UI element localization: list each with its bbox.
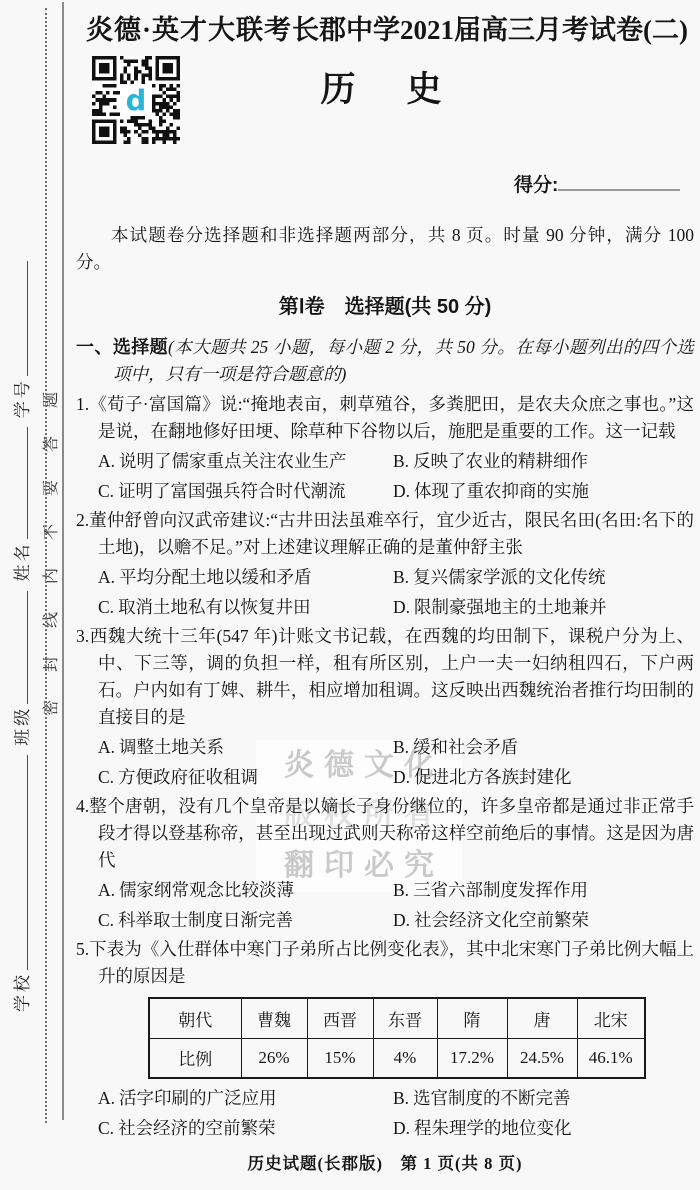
name-blank-line [14,428,28,540]
exam-instructions: 本试题卷分选择题和非选择题两部分，共 8 页。时量 90 分钟，满分 100 分… [76,222,694,276]
option-d: D.体现了重农抑商的实施 [393,478,694,504]
option-d: D.程朱理学的地位变化 [393,1115,694,1141]
option-d: D.限制豪强地主的土地兼并 [393,594,694,620]
table-cell: 17.2% [437,1038,507,1078]
number-blank-line [14,261,28,376]
question-number: 2. [76,510,89,530]
subject-title: 历 史 [76,62,694,112]
field-label-school: 学校 [13,972,32,1012]
score-label: 得分: [514,175,558,196]
table-cell: 15% [307,1038,373,1078]
option-c: C.社会经济的空前繁荣 [98,1115,393,1141]
option-c: C.证明了富国强兵符合时代潮流 [98,478,393,504]
part1-label: 一、选择题 [76,337,168,357]
question-5: 5.下表为《入仕群体中寒门子弟所占比例变化表》，其中北宋寒门子弟比例大幅上升的原… [76,936,694,1141]
score-blank-line [558,175,680,191]
option-c: C.科举取士制度日渐完善 [98,907,393,933]
field-label-name: 姓名 [13,542,32,582]
table-cell: 26% [241,1038,307,1078]
option-b: B.缓和社会矛盾 [393,734,694,760]
question-options: A.儒家纲常观念比较淡薄 B.三省六部制度发挥作用 C.科举取士制度日渐完善 D… [76,877,694,933]
question-stem: 整个唐朝，没有几个皇帝是以嫡长子身份继位的，许多皇帝都是通过非正常手段才得以登基… [89,796,694,870]
school-blank-line [14,755,28,970]
question-options: A.调整土地关系 B.缓和社会矛盾 C.方便政府征收租调 D.促进北方各族封建化 [76,734,694,790]
part1-heading: 一、选择题(本大题共 25 小题，每小题 2 分，共 50 分。在每小题列出的四… [76,334,694,388]
table-cell: 隋 [437,998,507,1038]
part1-note: (本大题共 25 小题，每小题 2 分，共 50 分。在每小题列出的四个选项中，… [113,337,694,384]
option-c: C.取消土地私有以恢复井田 [98,594,393,620]
option-c: C.方便政府征收租调 [98,764,393,790]
seal-instruction-text: 密封线内不要答题 [38,364,61,716]
paper-title-rest: 长郡中学2021届高三月考试卷(二) [292,15,688,45]
question-4: 4.整个唐朝，没有几个皇帝是以嫡长子身份继位的，许多皇帝都是通过非正常手段才得以… [76,793,694,933]
question-stem: 下表为《入仕群体中寒门子弟所占比例变化表》，其中北宋寒门子弟比例大幅上升的原因是 [89,939,694,986]
exam-page: 学校 班级 姓名 学号 密封线内不要答题 炎德文化 版权所有 翻印必究 炎德·英… [0,0,700,1190]
question-options: A.活字印刷的广泛应用 B.选官制度的不断完善 C.社会经济的空前繁荣 D.程朱… [76,1085,694,1141]
field-label-class: 班级 [13,706,32,746]
brand-name: 炎德·英才大联考 [86,15,292,45]
question-text: 4.整个唐朝，没有几个皇帝是以嫡长子身份继位的，许多皇帝都是通过非正常手段才得以… [76,793,694,874]
page-footer: 历史试题(长郡版) 第 1 页(共 8 页) [76,1150,694,1174]
option-d: D.社会经济文化空前繁荣 [393,907,694,933]
question-number: 1. [76,394,89,414]
table-cell: 北宋 [577,998,645,1038]
question-1: 1.《荀子·富国篇》说:“掩地表亩，刺草殖谷，多粪肥田，是农夫众庶之事也。”这是… [76,391,694,504]
question-stem: 《荀子·富国篇》说:“掩地表亩，刺草殖谷，多粪肥田，是农夫众庶之事也。”这是说，… [89,394,694,441]
question-text: 1.《荀子·富国篇》说:“掩地表亩，刺草殖谷，多粪肥田，是农夫众庶之事也。”这是… [76,391,694,445]
option-b: B.反映了农业的精耕细作 [393,448,694,474]
option-b: B.选官制度的不断完善 [393,1085,694,1111]
table-cell: 朝代 [149,998,241,1038]
table-cell: 46.1% [577,1038,645,1078]
option-b: B.复兴儒家学派的文化传统 [393,564,694,590]
table-cell: 东晋 [373,998,437,1038]
exam-content: 炎德·英才大联考长郡中学2021届高三月考试卷(二) d 历 史 得分: 本试题… [76,0,694,1141]
option-a: A.活字印刷的广泛应用 [98,1085,393,1111]
question-options: A.平均分配土地以缓和矛盾 B.复兴儒家学派的文化传统 C.取消土地私有以恢复井… [76,564,694,620]
option-a: A.说明了儒家重点关注农业生产 [98,448,393,474]
table-cell: 曹魏 [241,998,307,1038]
seal-dotted-line [45,8,47,1123]
section1-heading: 第Ⅰ卷 选择题(共 50 分) [76,290,694,319]
question-number: 4. [76,796,89,816]
question-text: 3.西魏大统十三年(547 年)计账文书记载，在西魏的均田制下，课税户分为上、中… [76,623,694,731]
option-a: A.调整土地关系 [98,734,393,760]
question-3: 3.西魏大统十三年(547 年)计账文书记载，在西魏的均田制下，课税户分为上、中… [76,623,694,790]
exam-header: 炎德·英才大联考长郡中学2021届高三月考试卷(二) d 历 史 得分: [76,0,694,214]
question-number: 5. [76,939,89,959]
question-2: 2.董仲舒曾向汉武帝建议:“古井田法虽难卒行，宜少近古，限民名田(名田:名下的土… [76,507,694,620]
option-d: D.促进北方各族封建化 [393,764,694,790]
table-row-proportion: 比例 26% 15% 4% 17.2% 24.5% 46.1% [149,1038,645,1078]
table-cell: 比例 [149,1038,241,1078]
seal-solid-line [62,2,64,1120]
table-cell: 西晋 [307,998,373,1038]
field-label-number: 学号 [13,378,32,418]
option-a: A.平均分配土地以缓和矛盾 [98,564,393,590]
score-field: 得分: [514,170,680,197]
question-text: 2.董仲舒曾向汉武帝建议:“古井田法虽难卒行，宜少近古，限民名田(名田:名下的土… [76,507,694,561]
question-options: A.说明了儒家重点关注农业生产 B.反映了农业的精耕细作 C.证明了富国强兵符合… [76,448,694,504]
option-b: B.三省六部制度发挥作用 [393,877,694,903]
table-cell: 4% [373,1038,437,1078]
margin-student-fields: 学校 班级 姓名 学号 [8,259,33,1012]
question-stem: 西魏大统十三年(547 年)计账文书记载，在西魏的均田制下，课税户分为上、中、下… [89,626,694,727]
question-stem: 董仲舒曾向汉武帝建议:“古井田法虽难卒行，宜少近古，限民名田(名田:名下的土地)… [89,510,694,557]
option-a: A.儒家纲常观念比较淡薄 [98,877,393,903]
class-blank-line [14,591,28,704]
question-number: 3. [76,626,89,646]
table-cell: 24.5% [507,1038,577,1078]
question-text: 5.下表为《入仕群体中寒门子弟所占比例变化表》，其中北宋寒门子弟比例大幅上升的原… [76,936,694,990]
table-cell: 唐 [507,998,577,1038]
paper-title: 炎德·英才大联考长郡中学2021届高三月考试卷(二) [86,8,688,47]
table-row-dynasty: 朝代 曹魏 西晋 东晋 隋 唐 北宋 [149,998,645,1038]
q5-proportion-table: 朝代 曹魏 西晋 东晋 隋 唐 北宋 比例 26% 15% 4% 17.2% 2… [148,997,646,1079]
